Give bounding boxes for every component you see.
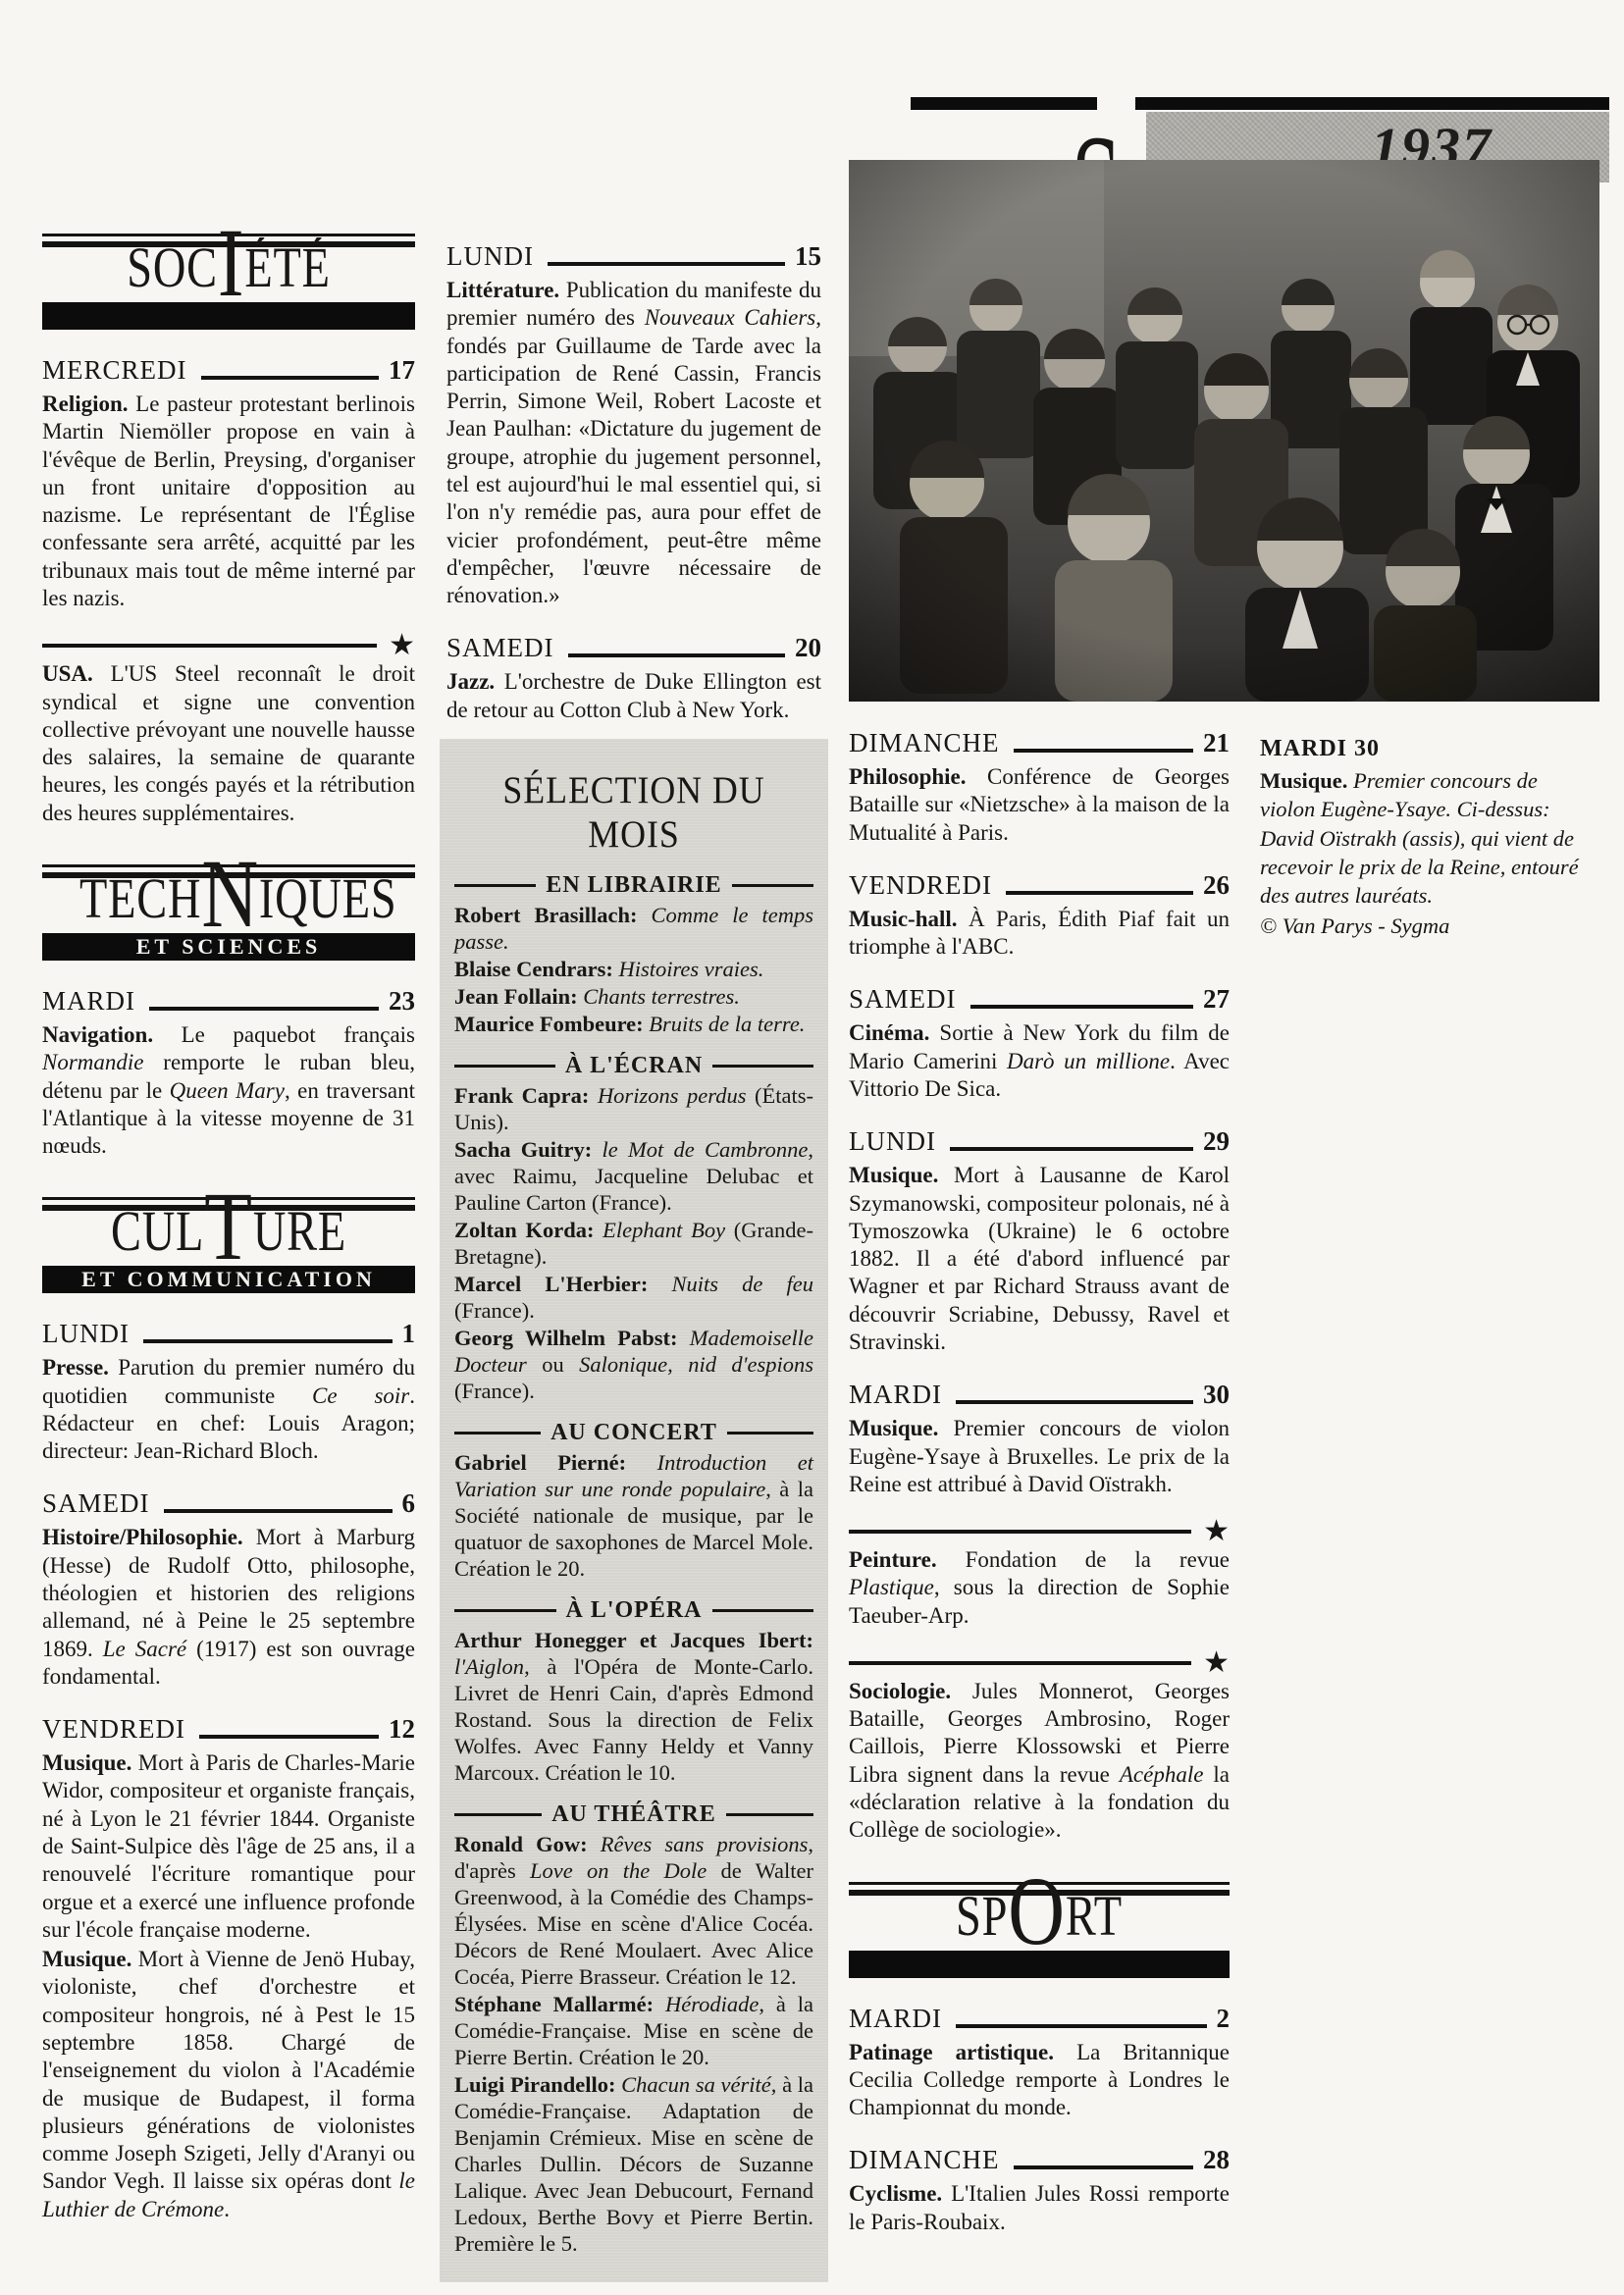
selection-item: Robert Brasillach: Comme le temps passe. [454,902,813,955]
rule [454,1813,542,1816]
selection-item: Gabriel Pierné: Introduction et Variatio… [454,1449,813,1582]
entry-date-line: MERCREDI 17 [42,355,415,386]
entry: LUNDI 15 Littérature. Publication du man… [446,241,821,609]
entry-text: Peinture. Fondation de la revue Plastiqu… [849,1546,1230,1630]
entry-date-line: VENDREDI 12 [42,1714,415,1745]
rule [712,1609,814,1612]
entry-day: SAMEDI [42,1488,150,1519]
date-rule [149,1007,379,1011]
entry-day: SAMEDI [446,633,554,663]
entry: VENDREDI 26 Music-hall. À Paris, Édith P… [849,870,1230,962]
date-rule [548,262,785,266]
entry-day: LUNDI [849,1126,936,1157]
entry-text: Musique. Mort à Paris de Charles-Marie W… [42,1749,415,1944]
photo-illustration [849,160,1599,702]
entry: VENDREDI 12 Musique. Mort à Paris de Cha… [42,1714,415,2223]
entry-date-number: 26 [1203,870,1230,901]
selection-item: Zoltan Korda: Elephant Boy (Grande-Breta… [454,1217,813,1270]
entry: MARDI 23 Navigation. Le paquebot françai… [42,986,415,1160]
entry: ★ Sociologie. Jules Monnerot, Georges Ba… [849,1653,1230,1845]
selection-du-mois-box: SÉLECTION DU MOIS EN LIBRAIRIE Robert Br… [440,739,828,2282]
entry-date-number: 21 [1203,728,1230,758]
entry-text: Littérature. Publication du manifeste du… [446,277,821,609]
entry-day: LUNDI [42,1319,130,1349]
selection-item: Ronald Gow: Rêves sans provisions, d'apr… [454,1831,813,1990]
entry-date-line: MARDI 2 [849,2004,1230,2034]
star-divider: ★ [849,1522,1230,1541]
selection-subheading: AU CONCERT [454,1420,813,1446]
rule [712,1065,813,1068]
entry-day: LUNDI [446,241,534,272]
column-societe: SOCIÉTÉ MERCREDI 17 Religion. Le pasteur… [42,234,415,2247]
entry: SAMEDI 6 Histoire/Philosophie. Mort à Ma… [42,1488,415,1691]
entry: SAMEDI 20 Jazz. L'orchestre de Duke Elli… [446,633,821,724]
column-right: DIMANCHE 21 Philosophie. Conférence de G… [849,728,1230,2260]
entry-date-line: LUNDI 1 [42,1319,415,1349]
rule [732,884,813,887]
entry-text: Histoire/Philosophie. Mort à Marburg (He… [42,1524,415,1691]
entry-date-line: MARDI 30 [849,1380,1230,1410]
entry-date-number: 6 [402,1488,416,1519]
selection-item: Marcel L'Herbier: Nuits de feu (France). [454,1271,813,1324]
entry-date-line: LUNDI 29 [849,1126,1230,1157]
entry-text: Music-hall. À Paris, Édith Piaf fait un … [849,906,1230,962]
entry-text: Presse. Parution du premier numéro du qu… [42,1354,415,1465]
section-title-techniques: TECHNIQUES [79,862,378,935]
entry-text: Jazz. L'orchestre de Duke Ellington est … [446,668,821,724]
date-rule [143,1339,393,1343]
star-icon: ★ [1203,1653,1230,1673]
star-divider: ★ [42,636,415,655]
entry: DIMANCHE 28 Cyclisme. L'Italien Jules Ro… [849,2145,1230,2236]
entry-text: Patinage artistique. La Britannique Ceci… [849,2039,1230,2122]
entry-date-line: SAMEDI 27 [849,984,1230,1015]
entry-date-number: 12 [389,1714,415,1745]
entry: LUNDI 29 Musique. Mort à Lausanne de Kar… [849,1126,1230,1356]
entry-date-line: DIMANCHE 21 [849,728,1230,758]
selection-item: Frank Capra: Horizons perdus (États-Unis… [454,1082,813,1135]
entry-date-line: DIMANCHE 28 [849,2145,1230,2175]
selection-item: Luigi Pirandello: Chacun sa vérité, à la… [454,2071,813,2257]
date-rule [164,1509,393,1513]
rule [454,1065,555,1068]
date-rule [970,1005,1193,1009]
entry-text: Sociologie. Jules Monnerot, Georges Bata… [849,1678,1230,1845]
rule [454,1432,541,1434]
date-rule [956,1400,1193,1404]
selection-subheading: À L'OPÉRA [454,1597,813,1624]
entry-day: MARDI [849,1380,942,1410]
column-middle: LUNDI 15 Littérature. Publication du man… [446,241,821,748]
photo-credit: © Van Parys - Sygma [1260,912,1589,940]
rule [727,1432,813,1434]
entry-day: DIMANCHE [849,2145,1000,2175]
entry: DIMANCHE 21 Philosophie. Conférence de G… [849,728,1230,847]
entry-text: Cyclisme. L'Italien Jules Rossi remporte… [849,2180,1230,2236]
section-title-sport: SPORT [887,1880,1191,1953]
date-rule [956,2024,1206,2028]
entry-date-line: MARDI 23 [42,986,415,1017]
entry-text: Musique. Mort à Lausanne de Karol Szyman… [849,1162,1230,1356]
entry: MARDI 30 Musique. Premier concours de vi… [849,1380,1230,1498]
entry-date-number: 15 [795,241,821,272]
rule [849,1530,1191,1534]
entry-text: Musique. Premier concours de violon Eugè… [849,1415,1230,1498]
entry-day: MARDI [849,2004,942,2034]
selection-item: Stéphane Mallarmé: Hérodiade, à la Coméd… [454,1991,813,2070]
selection-title: SÉLECTION DU MOIS [469,768,800,857]
rule [849,1661,1191,1665]
star-icon: ★ [389,636,415,655]
photo-caption: MARDI 30 Musique. Premier concours de vi… [1260,734,1589,941]
entry: ★ USA. L'US Steel reconnaît le droit syn… [42,636,415,827]
entry: SAMEDI 27 Cinéma. Sortie à New York du f… [849,984,1230,1103]
entry-date-number: 28 [1203,2145,1230,2175]
entry-date-number: 23 [389,986,415,1017]
date-rule [950,1147,1193,1151]
date-rule [1006,891,1193,895]
masthead-rule-right [1135,97,1609,110]
selection-subheading: EN LIBRAIRIE [454,872,813,899]
entry-date-number: 17 [389,355,415,386]
selection-item: Georg Wilhelm Pabst: Mademoiselle Docteu… [454,1325,813,1404]
selection-item: Jean Follain: Chants terrestres. [454,983,813,1010]
entry-day: DIMANCHE [849,728,1000,758]
date-rule [1014,749,1194,753]
date-rule [568,653,785,657]
entry-text: Musique. Mort à Vienne de Jenö Hubay, vi… [42,1946,415,2223]
entry-date-number: 1 [402,1319,416,1349]
laureates-group-photo [849,160,1599,702]
rule [42,644,377,648]
date-rule [201,376,379,380]
entry-text: Cinéma. Sortie à New York du film de Mar… [849,1019,1230,1103]
entry: MARDI 2 Patinage artistique. La Britanni… [849,2004,1230,2122]
star-divider: ★ [849,1653,1230,1673]
star-icon: ★ [1203,1522,1230,1541]
entry-date-number: 27 [1203,984,1230,1015]
entry-date-number: 2 [1217,2004,1231,2034]
entry-day: SAMEDI [849,984,957,1015]
selection-item: Maurice Fombeure: Bruits de la terre. [454,1011,813,1037]
entry-date-number: 29 [1203,1126,1230,1157]
entry-day: MARDI [42,986,135,1017]
section-heading-techniques: TECHNIQUES ET SCIENCES [42,864,415,961]
date-rule [1014,2165,1194,2169]
entry-date-line: SAMEDI 6 [42,1488,415,1519]
entry-date-line: SAMEDI 20 [446,633,821,663]
entry: LUNDI 1 Presse. Parution du premier numé… [42,1319,415,1465]
magazine-page: MARS 1937 [0,0,1624,2295]
section-heading-culture: CULTURE ET COMMUNICATION [42,1197,415,1293]
section-heading-societe: SOCIÉTÉ [42,234,415,330]
entry: ★ Peinture. Fondation de la revue Plasti… [849,1522,1230,1630]
entry-day: VENDREDI [849,870,992,901]
selection-item: Blaise Cendrars: Histoires vraies. [454,956,813,982]
date-rule [199,1735,379,1739]
entry-text: Navigation. Le paquebot français Normand… [42,1021,415,1160]
entry-text: Religion. Le pasteur protestant berlinoi… [42,391,415,612]
entry-date-number: 30 [1203,1380,1230,1410]
caption-text: Musique. Premier concours de violon Eugè… [1260,766,1589,910]
section-title-culture: CULTURE [79,1195,378,1268]
selection-item: Sacha Guitry: le Mot de Cambronne, avec … [454,1136,813,1216]
entry-date-line: LUNDI 15 [446,241,821,272]
entry-day: MERCREDI [42,355,187,386]
caption-date: MARDI 30 [1260,734,1589,764]
entry-date-number: 20 [795,633,821,663]
selection-subheading: À L'ÉCRAN [454,1053,813,1079]
entry-text: Philosophie. Conférence de Georges Batai… [849,763,1230,847]
entry-day: VENDREDI [42,1714,185,1745]
section-title-societe: SOCIÉTÉ [79,232,378,304]
entry-text: USA. L'US Steel reconnaît le droit syndi… [42,660,415,827]
rule [726,1813,813,1816]
rule [454,884,536,887]
selection-subheading: AU THÉÂTRE [454,1801,813,1828]
rule [454,1609,556,1612]
entry-date-line: VENDREDI 26 [849,870,1230,901]
entry: MERCREDI 17 Religion. Le pasteur protest… [42,355,415,612]
section-heading-sport: SPORT [849,1882,1230,1978]
selection-item: Arthur Honegger et Jacques Ibert: l'Aigl… [454,1627,813,1786]
